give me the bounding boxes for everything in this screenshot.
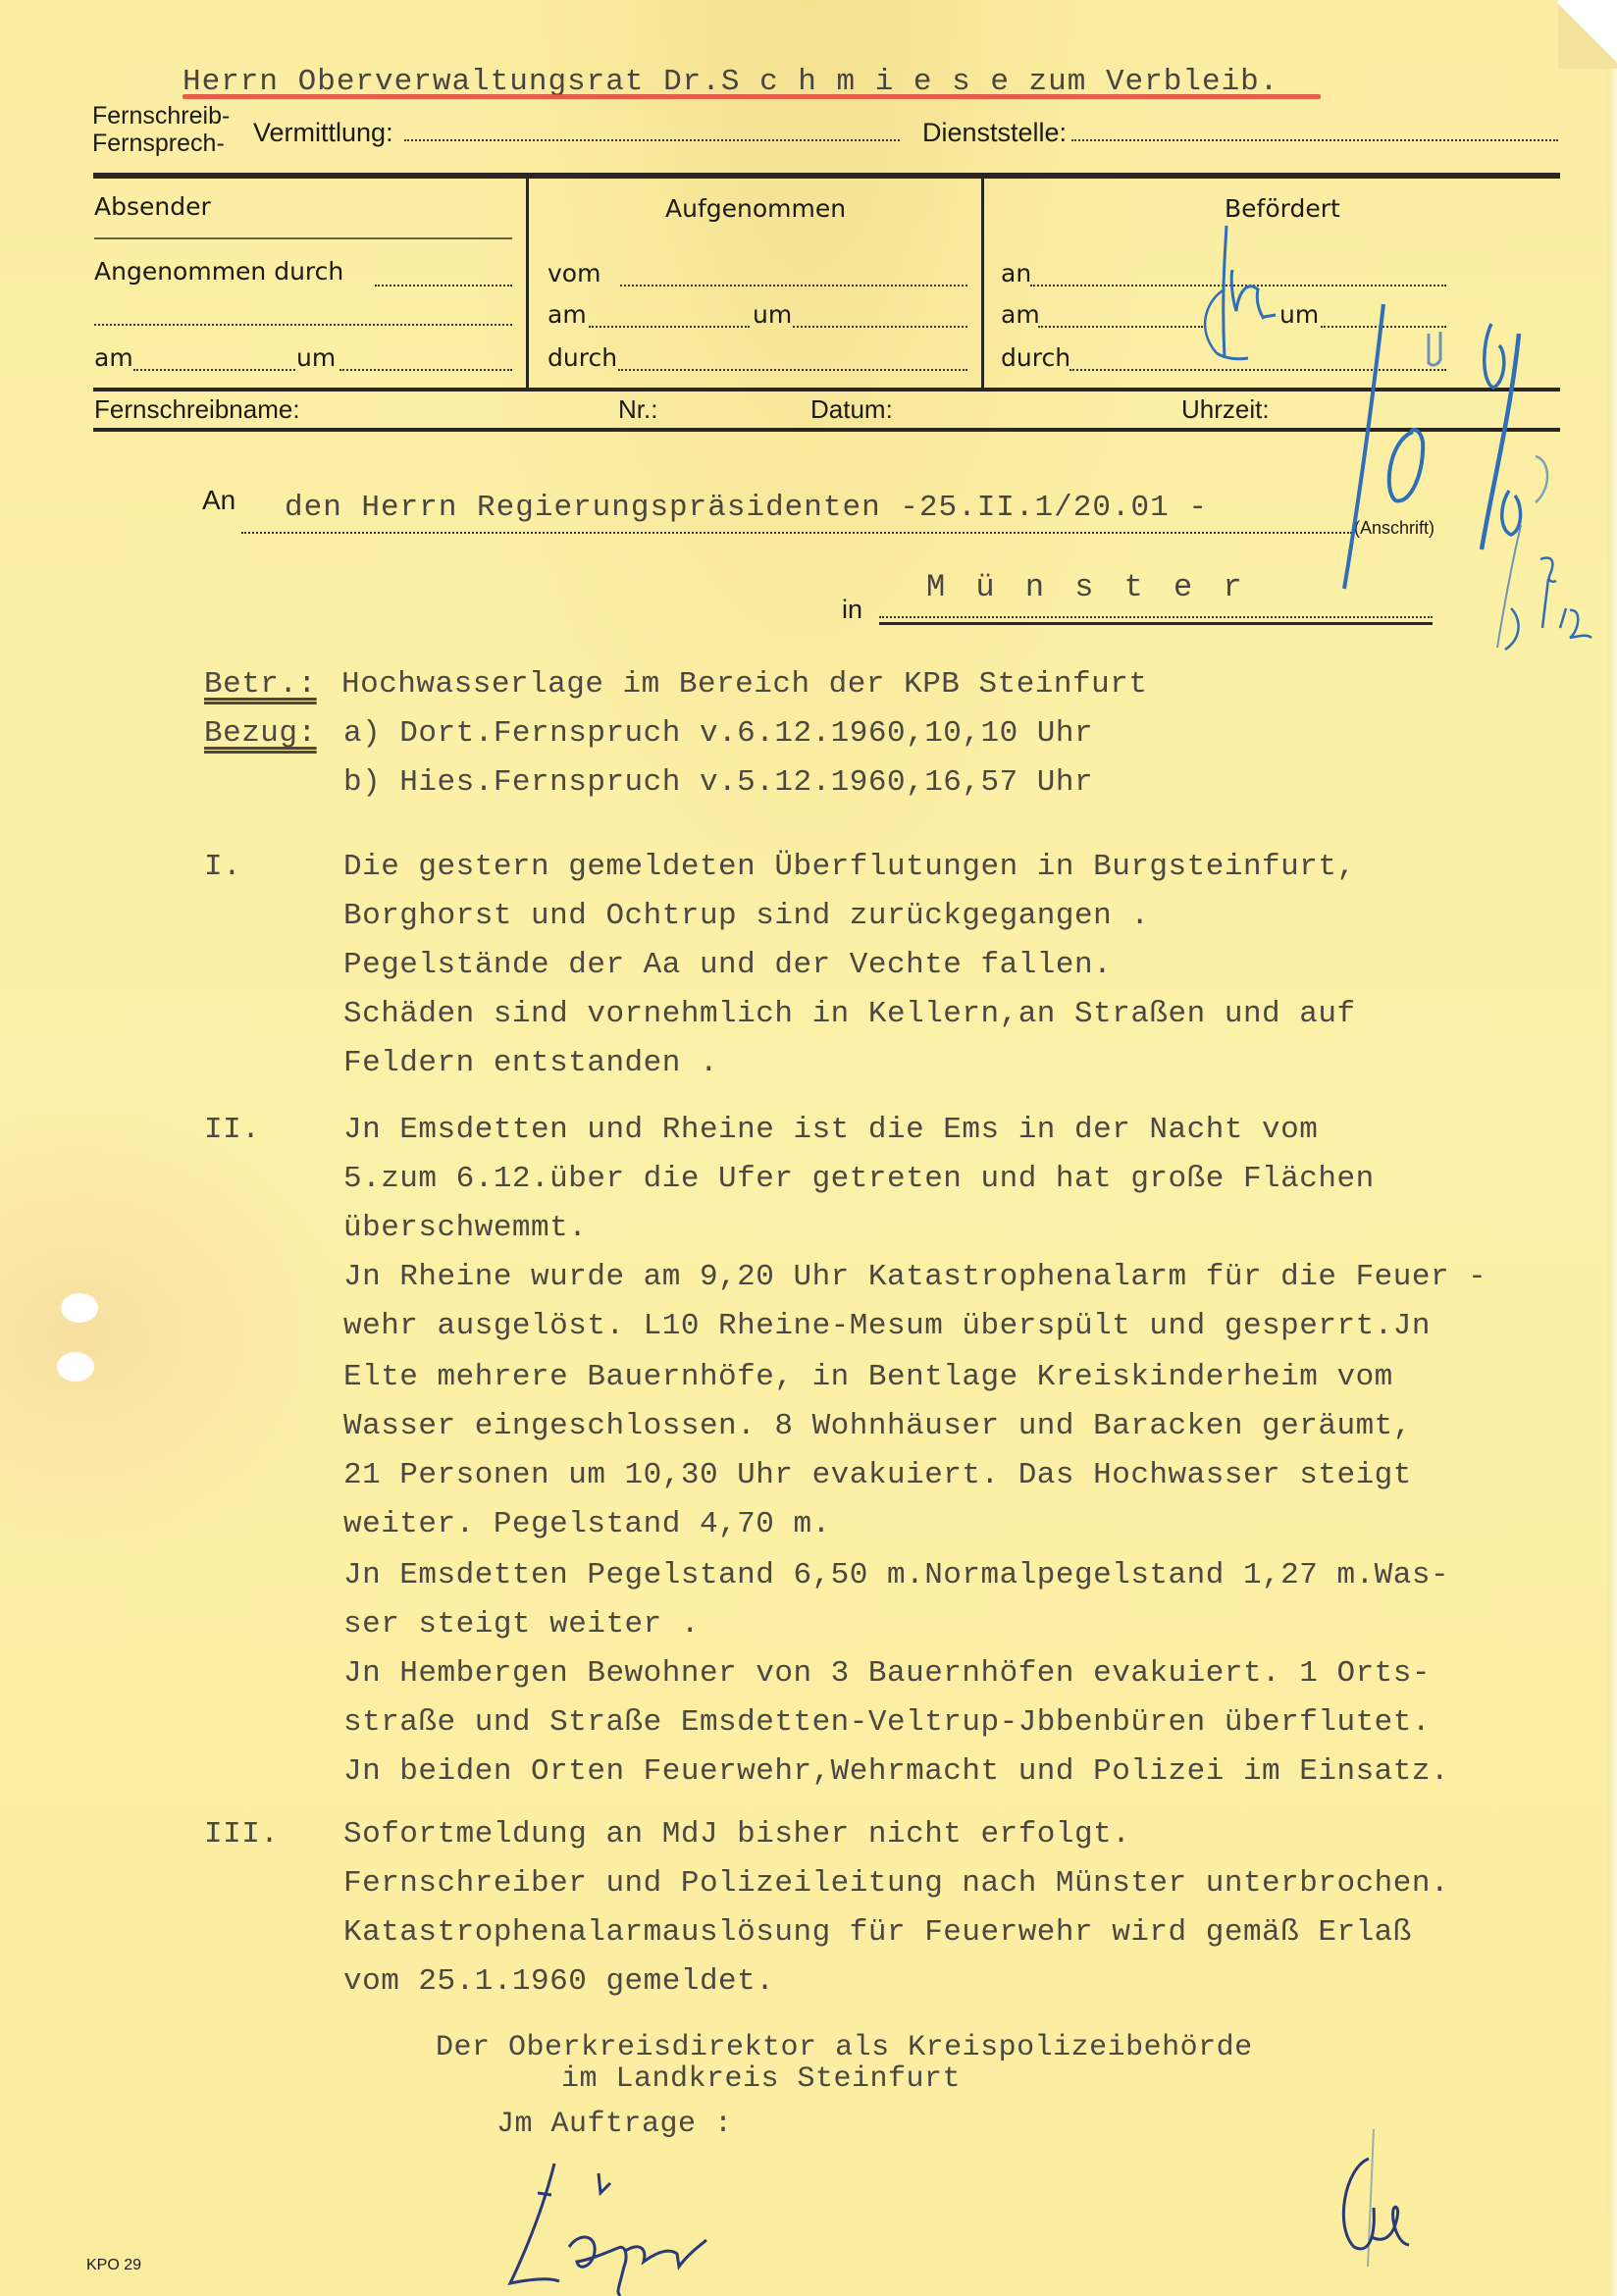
aufgenommen-durch-field[interactable] <box>618 369 967 371</box>
befoerdert-label: Befördert <box>1225 194 1340 223</box>
section-line: weiter. Pegelstand 4,70 m. <box>343 1507 831 1541</box>
section-line: Jn Emsdetten und Rheine ist die Ems in d… <box>343 1113 1318 1147</box>
section-numeral: I. <box>204 850 241 884</box>
befoerdert-am-label: am <box>1001 300 1040 329</box>
aufgenommen-label: Aufgenommen <box>665 194 846 223</box>
absender-um-field[interactable] <box>339 369 512 371</box>
in-label: in <box>842 595 862 625</box>
form-code: KPO 29 <box>86 2257 141 2274</box>
punch-hole <box>61 1293 98 1323</box>
paper-edge <box>1607 0 1617 2296</box>
befoerdert-an-label: an <box>1001 259 1031 287</box>
section-line: wehr ausgelöst. L10 Rheine-Mesum überspü… <box>343 1309 1431 1343</box>
aufgenommen-am-field[interactable] <box>589 326 750 328</box>
section-line: Borghorst und Ochtrup sind zurückgegange… <box>343 899 1149 933</box>
nr-label: Nr.: <box>618 394 657 425</box>
dienststelle-field[interactable] <box>1071 139 1558 141</box>
bezug-b: b) Hies.Fernspruch v.5.12.1960,16,57 Uhr <box>343 765 1093 800</box>
aufgenommen-am-label: am <box>548 300 587 329</box>
address-field[interactable] <box>241 532 1352 534</box>
section-line: Fernschreiber und Polizeileitung nach Mü… <box>343 1866 1449 1901</box>
aufgenommen-um-field[interactable] <box>793 326 967 328</box>
section-line: Jn beiden Orten Feuerwehr,Wehrmacht und … <box>343 1754 1449 1789</box>
section-line: überschwemmt. <box>343 1211 587 1245</box>
angenommen-durch-label: Angenommen durch <box>94 257 343 286</box>
absender-um-label: um <box>296 343 336 372</box>
angenommen-durch-field[interactable] <box>375 285 512 287</box>
section-numeral: III. <box>204 1817 279 1852</box>
column-divider <box>526 177 529 389</box>
red-underline <box>183 94 1321 99</box>
section-numeral: II. <box>204 1113 260 1147</box>
bezug-a: a) Dort.Fernspruch v.6.12.1960,10,10 Uhr <box>343 716 1093 751</box>
fernschreibname-label: Fernschreibname: <box>94 394 300 425</box>
section-line: 5.zum 6.12.über die Ufer getreten und ha… <box>343 1162 1375 1196</box>
section-line: Wasser eingeschlossen. 8 Wohnhäuser und … <box>343 1409 1412 1443</box>
section-line: Katastrophenalarmauslösung für Feuerwehr… <box>343 1915 1412 1950</box>
im-auftrage: Jm Auftrage : <box>496 2108 733 2141</box>
absender-divider <box>94 237 512 239</box>
section-line: Jn Emsdetten Pegelstand 6,50 m.Normalpeg… <box>343 1558 1449 1592</box>
authority-line-2: im Landkreis Steinfurt <box>561 2062 961 2096</box>
recipient-address: den Herrn Regierungspräsidenten -25.II.1… <box>285 491 1208 525</box>
befoerdert-durch-label: durch <box>1001 343 1070 372</box>
uhrzeit-label: Uhrzeit: <box>1181 394 1270 425</box>
absender-label: Absender <box>94 192 211 221</box>
aufgenommen-vom-field[interactable] <box>620 285 967 287</box>
betr-label: Betr.: <box>204 667 317 702</box>
column-divider <box>981 177 984 389</box>
aufgenommen-durch-label: durch <box>548 343 617 372</box>
betr-text: Hochwasserlage im Bereich der KPB Steinf… <box>341 667 1147 702</box>
section-line: Jn Hembergen Bewohner von 3 Bauernhöfen … <box>343 1656 1431 1691</box>
handwritten-side-note <box>1491 520 1609 657</box>
datum-label: Datum: <box>810 394 893 425</box>
vermittlung-label: Vermittlung: <box>253 118 393 148</box>
folded-corner <box>1558 0 1617 69</box>
section-line: Sofortmeldung an MdJ bisher nicht erfolg… <box>343 1817 1130 1852</box>
aufgenommen-vom-label: vom <box>548 259 600 287</box>
absender-am-label: am <box>94 343 133 372</box>
absender-am-field[interactable] <box>133 369 295 371</box>
table-top-rule <box>93 173 1560 179</box>
vermittlung-field[interactable] <box>404 139 900 141</box>
befoerdert-um-label: um <box>1279 300 1319 329</box>
dienststelle-label: Dienststelle: <box>922 118 1067 148</box>
section-line: Schäden sind vornehmlich in Kellern,an S… <box>343 997 1356 1031</box>
authority-line-1: Der Oberkreisdirektor als Kreispolizeibe… <box>436 2031 1253 2064</box>
an-label: An <box>202 485 235 516</box>
section-line: Jn Rheine wurde am 9,20 Uhr Katastrophen… <box>343 1260 1487 1294</box>
handwritten-befoerdert-mark <box>1168 221 1285 368</box>
signature-left <box>500 2154 726 2296</box>
punch-hole <box>57 1352 94 1382</box>
angenommen-durch-field-2[interactable] <box>94 324 512 326</box>
section-line: Feldern entstanden . <box>343 1046 718 1080</box>
section-line: Pegelstände der Aa und der Vechte fallen… <box>343 948 1112 982</box>
fernschreib-label: Fernschreib- <box>92 102 230 130</box>
recipient-city: M ü n s t e r <box>926 569 1248 605</box>
section-line: 21 Personen um 10,30 Uhr evakuiert. Das … <box>343 1458 1412 1492</box>
aufgenommen-um-label: um <box>753 300 792 329</box>
section-line: straße und Straße Emsdetten-Veltrup-Jbbe… <box>343 1705 1431 1740</box>
bezug-label: Bezug: <box>204 716 317 751</box>
section-line: Elte mehrere Bauernhöfe, in Bentlage Kre… <box>343 1360 1393 1394</box>
section-line: vom 25.1.1960 gemeldet. <box>343 1964 774 1999</box>
section-line: ser steigt weiter . <box>343 1607 700 1642</box>
section-line: Die gestern gemeldeten Überflutungen in … <box>343 850 1356 884</box>
fernsprech-label: Fernsprech- <box>92 130 225 158</box>
signature-right <box>1315 2119 1462 2267</box>
